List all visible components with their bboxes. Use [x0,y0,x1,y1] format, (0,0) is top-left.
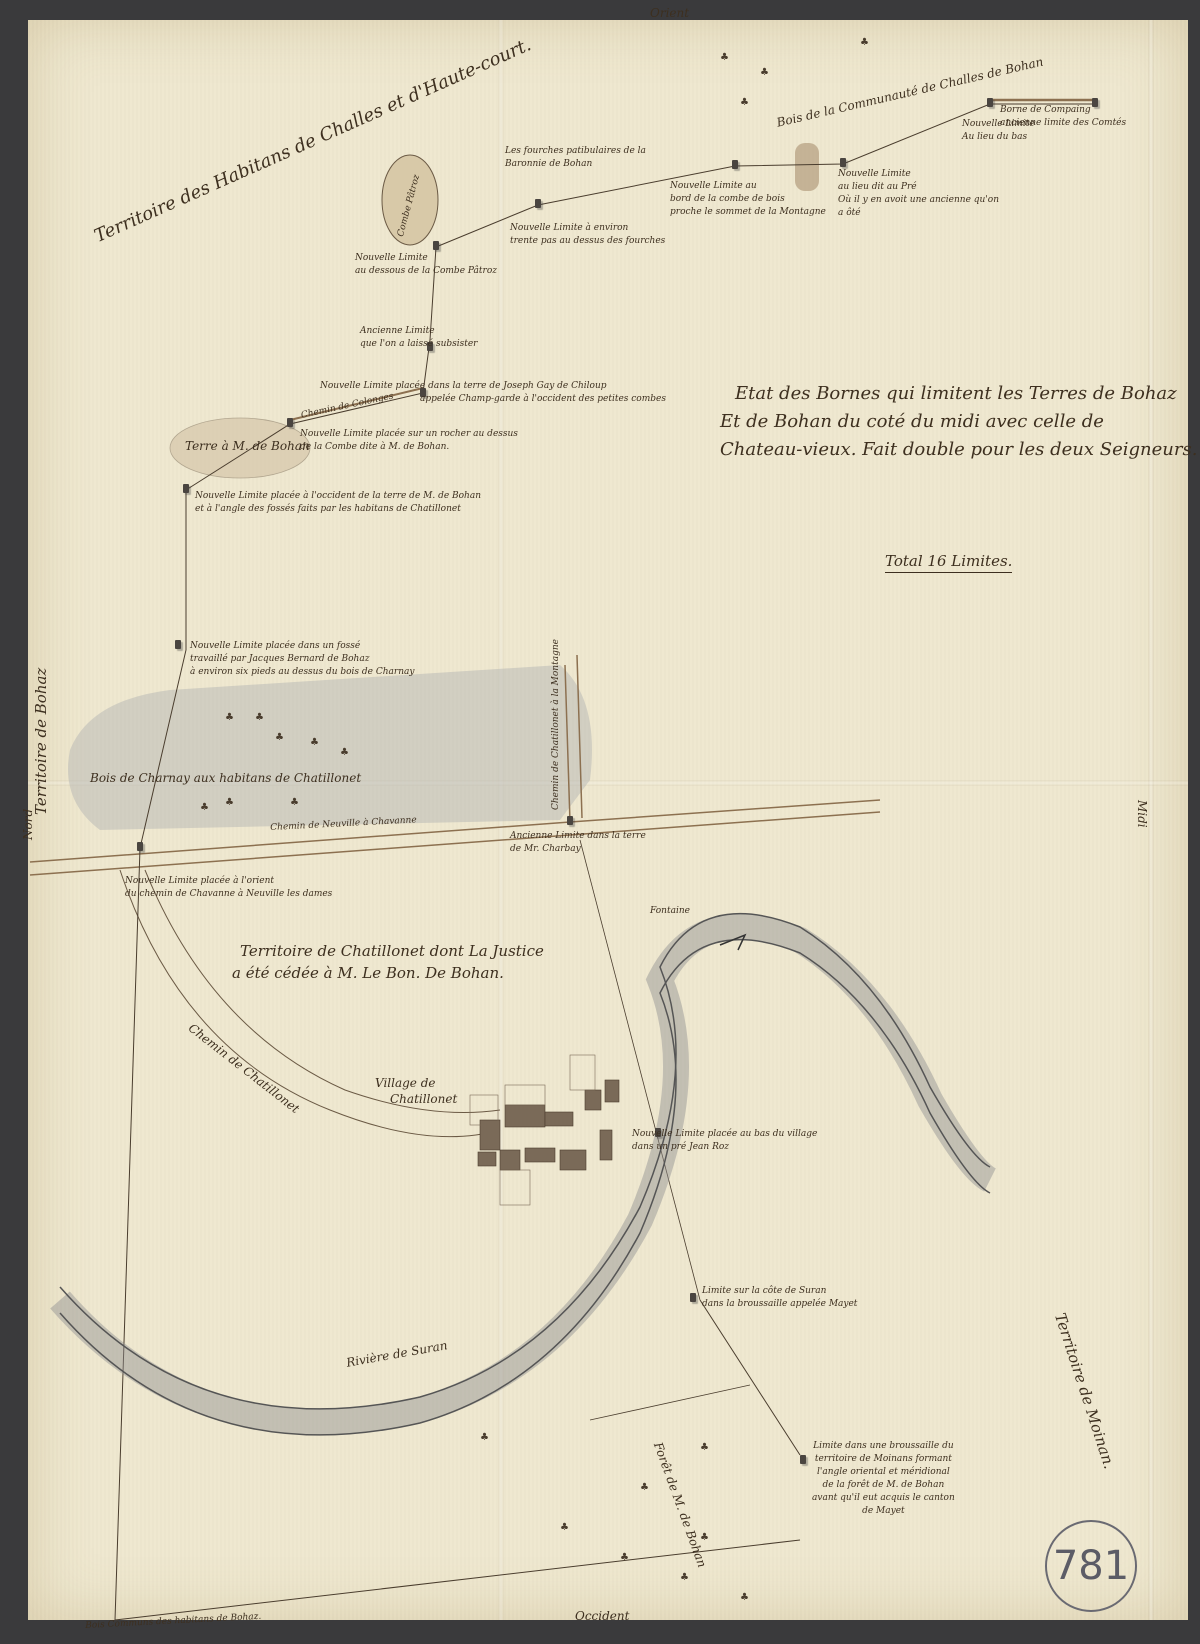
label-bois-charnay: Bois de Charnay aux habitans de Chatillo… [90,770,361,786]
svg-text:♣: ♣ [680,1572,689,1583]
boundary-marker-2[interactable] [987,98,993,107]
total-limites: Total 16 Limites. [885,550,1012,573]
label-chemin-chatillonet-montagne: Chemin de Chatillonet à la Montagne [550,639,563,810]
bois-charnay-wash [68,665,592,830]
boundary-marker-5[interactable] [535,199,541,208]
svg-text:♣: ♣ [275,732,284,743]
compass-south: Midi [1134,800,1150,828]
compass-west: Occident [575,1608,629,1624]
marker-3-label: Nouvelle Limite au lieu dit au Pré Où il… [838,168,999,220]
svg-text:♣: ♣ [200,802,209,813]
boundary-marker-4[interactable] [732,160,738,169]
marker-15-label: Limite sur la côte de Suran dans la brou… [702,1285,857,1311]
village-buildings [478,1080,619,1170]
marker-14-label: Nouvelle Limite placée au bas du village… [632,1128,817,1154]
svg-text:♣: ♣ [640,1482,649,1493]
boundary-marker-16[interactable] [800,1455,806,1464]
marker-13-label: Ancienne Limite dans la terre de Mr. Cha… [510,830,646,856]
svg-text:♣: ♣ [255,712,264,723]
svg-text:♣: ♣ [740,1592,749,1603]
title-line-3: Chateau-vieux. Fait double pour les deux… [720,436,1197,464]
svg-text:♣: ♣ [225,712,234,723]
title-cartouche: Etat des Bornes qui limitent les Terres … [735,380,1197,464]
svg-text:♣: ♣ [310,737,319,748]
svg-text:♣: ♣ [480,1432,489,1443]
boundary-marker-15[interactable] [690,1293,696,1302]
marker-16-label: Limite dans une broussaille du territoir… [812,1440,955,1518]
marker-6-label: Nouvelle Limite au dessous de la Combe P… [355,252,497,278]
riviere-suran-path [60,927,990,1422]
label-fourches: Les fourches patibulaires de la Baronnie… [505,145,675,171]
boundary-marker-10[interactable] [183,484,189,493]
boundary-marker-12[interactable] [137,842,143,851]
territory-bohaz: Territoire de Bohaz [30,668,52,815]
svg-text:♣: ♣ [740,97,749,108]
svg-text:♣: ♣ [340,747,349,758]
boundary-marker-11[interactable] [175,640,181,649]
svg-text:♣: ♣ [720,52,729,63]
marker-5-label: Nouvelle Limite à environ trente pas au … [510,222,665,248]
archive-number-stamp: 781 [1045,1520,1137,1612]
title-line-2: Et de Bohan du coté du midi avec celle d… [720,408,1197,436]
marker-11-label: Nouvelle Limite placée dans un fossé tra… [190,640,414,679]
marker-8-label: Nouvelle Limite placée dans la terre de … [320,380,666,406]
title-line-1: Etat des Bornes qui limitent les Terres … [735,380,1197,408]
boundary-marker-13[interactable] [567,816,573,825]
label-fontaine: Fontaine [650,905,690,918]
territory-chatillonet: Territoire de Chatillonet dont La Justic… [240,940,544,984]
marker-2-label: Nouvelle Limite Au lieu du bas [962,118,1035,144]
boundary-marker-3[interactable] [840,158,846,167]
marker-4-label: Nouvelle Limite au bord de la combe de b… [670,180,826,219]
compass-east: Orient [650,5,689,21]
marker-9-label: Nouvelle Limite placée sur un rocher au … [300,428,518,454]
marker-10-label: Nouvelle Limite placée à l'occident de l… [195,490,481,516]
marker-7-label: Ancienne Limite que l'on a laissé subsis… [360,325,477,351]
label-terre-bohan: Terre à M. de Bohan [185,438,310,454]
svg-text:♣: ♣ [860,37,869,48]
svg-text:♣: ♣ [560,1522,569,1533]
svg-text:♣: ♣ [620,1552,629,1563]
svg-text:♣: ♣ [760,67,769,78]
svg-text:♣: ♣ [225,797,234,808]
boundary-marker-9[interactable] [287,418,293,427]
boundary-marker-6[interactable] [433,241,439,250]
marker-12-label: Nouvelle Limite placée à l'orient du che… [125,875,332,901]
svg-text:♣: ♣ [700,1442,709,1453]
svg-text:♣: ♣ [290,797,299,808]
label-village: Village de Chatillonet [375,1075,457,1107]
